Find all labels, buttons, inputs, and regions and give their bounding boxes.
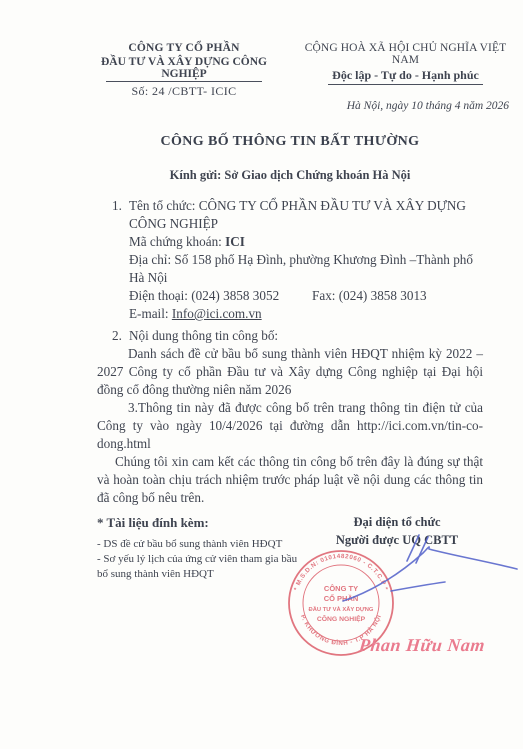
address-line: Địa chỉ: Số 158 phố Hạ Đình, phường Khươ…	[97, 251, 483, 287]
fax-value: Fax: (024) 3858 3013	[312, 287, 427, 305]
email-label: E-mail:	[129, 306, 172, 321]
document-page: CÔNG TY CỔ PHẦN ĐẦU TƯ VÀ XÂY DỰNG CÔNG …	[0, 0, 523, 749]
handwritten-signature	[333, 529, 523, 619]
ticker-value: ICI	[225, 234, 245, 249]
company-name: ĐẦU TƯ VÀ XÂY DỰNG CÔNG NGHIỆP	[84, 56, 284, 80]
recipient-line: Kính gửi: Sở Giao dịch Chứng khoán Hà Nộ…	[97, 168, 483, 183]
company-name-underline	[106, 81, 262, 82]
document-number: Số: 24 /CBTT- ICIC	[84, 84, 284, 99]
signer-name: Phan Hữu Nam	[351, 635, 493, 656]
contact-line: Điện thoại: (024) 3858 3052 Fax: (024) 3…	[97, 287, 483, 305]
published-note: 3.Thông tin này đã được công bố trên tra…	[97, 399, 483, 453]
phone-value: Điện thoại: (024) 3858 3052	[129, 287, 312, 305]
email-value: Info@ici.com.vn	[172, 306, 262, 321]
commitment-paragraph: Chúng tôi xin cam kết các thông tin công…	[97, 453, 483, 507]
disclosure-item: 2. Nội dung thông tin công bố:	[97, 327, 483, 345]
national-header: CỘNG HOÀ XÃ HỘI CHỦ NGHĨA VIỆT NAM Độc l…	[298, 42, 513, 112]
ticker-label: Mã chứng khoán:	[129, 234, 225, 249]
place-date: Hà Nội, ngày 10 tháng 4 năm 2026	[298, 100, 513, 112]
org-info-item: 1. Tên tổ chức: CÔNG TY CỔ PHẦN ĐẦU TƯ V…	[97, 197, 483, 233]
disclosure-label: Nội dung thông tin công bố:	[129, 328, 278, 343]
org-label: Tên tổ chức:	[129, 198, 199, 213]
page-title: CÔNG BỐ THÔNG TIN BẤT THƯỜNG	[97, 134, 483, 150]
company-type: CÔNG TY CỔ PHẦN	[84, 42, 284, 54]
item-number: 1.	[112, 197, 122, 215]
national-motto: Độc lập - Tự do - Hạnh phúc	[328, 68, 483, 85]
ticker-line: Mã chứng khoán: ICI	[97, 233, 483, 251]
item-number: 2.	[112, 327, 122, 345]
company-header: CÔNG TY CỔ PHẦN ĐẦU TƯ VÀ XÂY DỰNG CÔNG …	[84, 42, 284, 99]
email-line: E-mail: Info@ici.com.vn	[97, 305, 483, 323]
national-title: CỘNG HOÀ XÃ HỘI CHỦ NGHĨA VIỆT NAM	[298, 42, 513, 66]
disclosure-content: Danh sách đề cử bầu bổ sung thành viên H…	[97, 345, 483, 399]
